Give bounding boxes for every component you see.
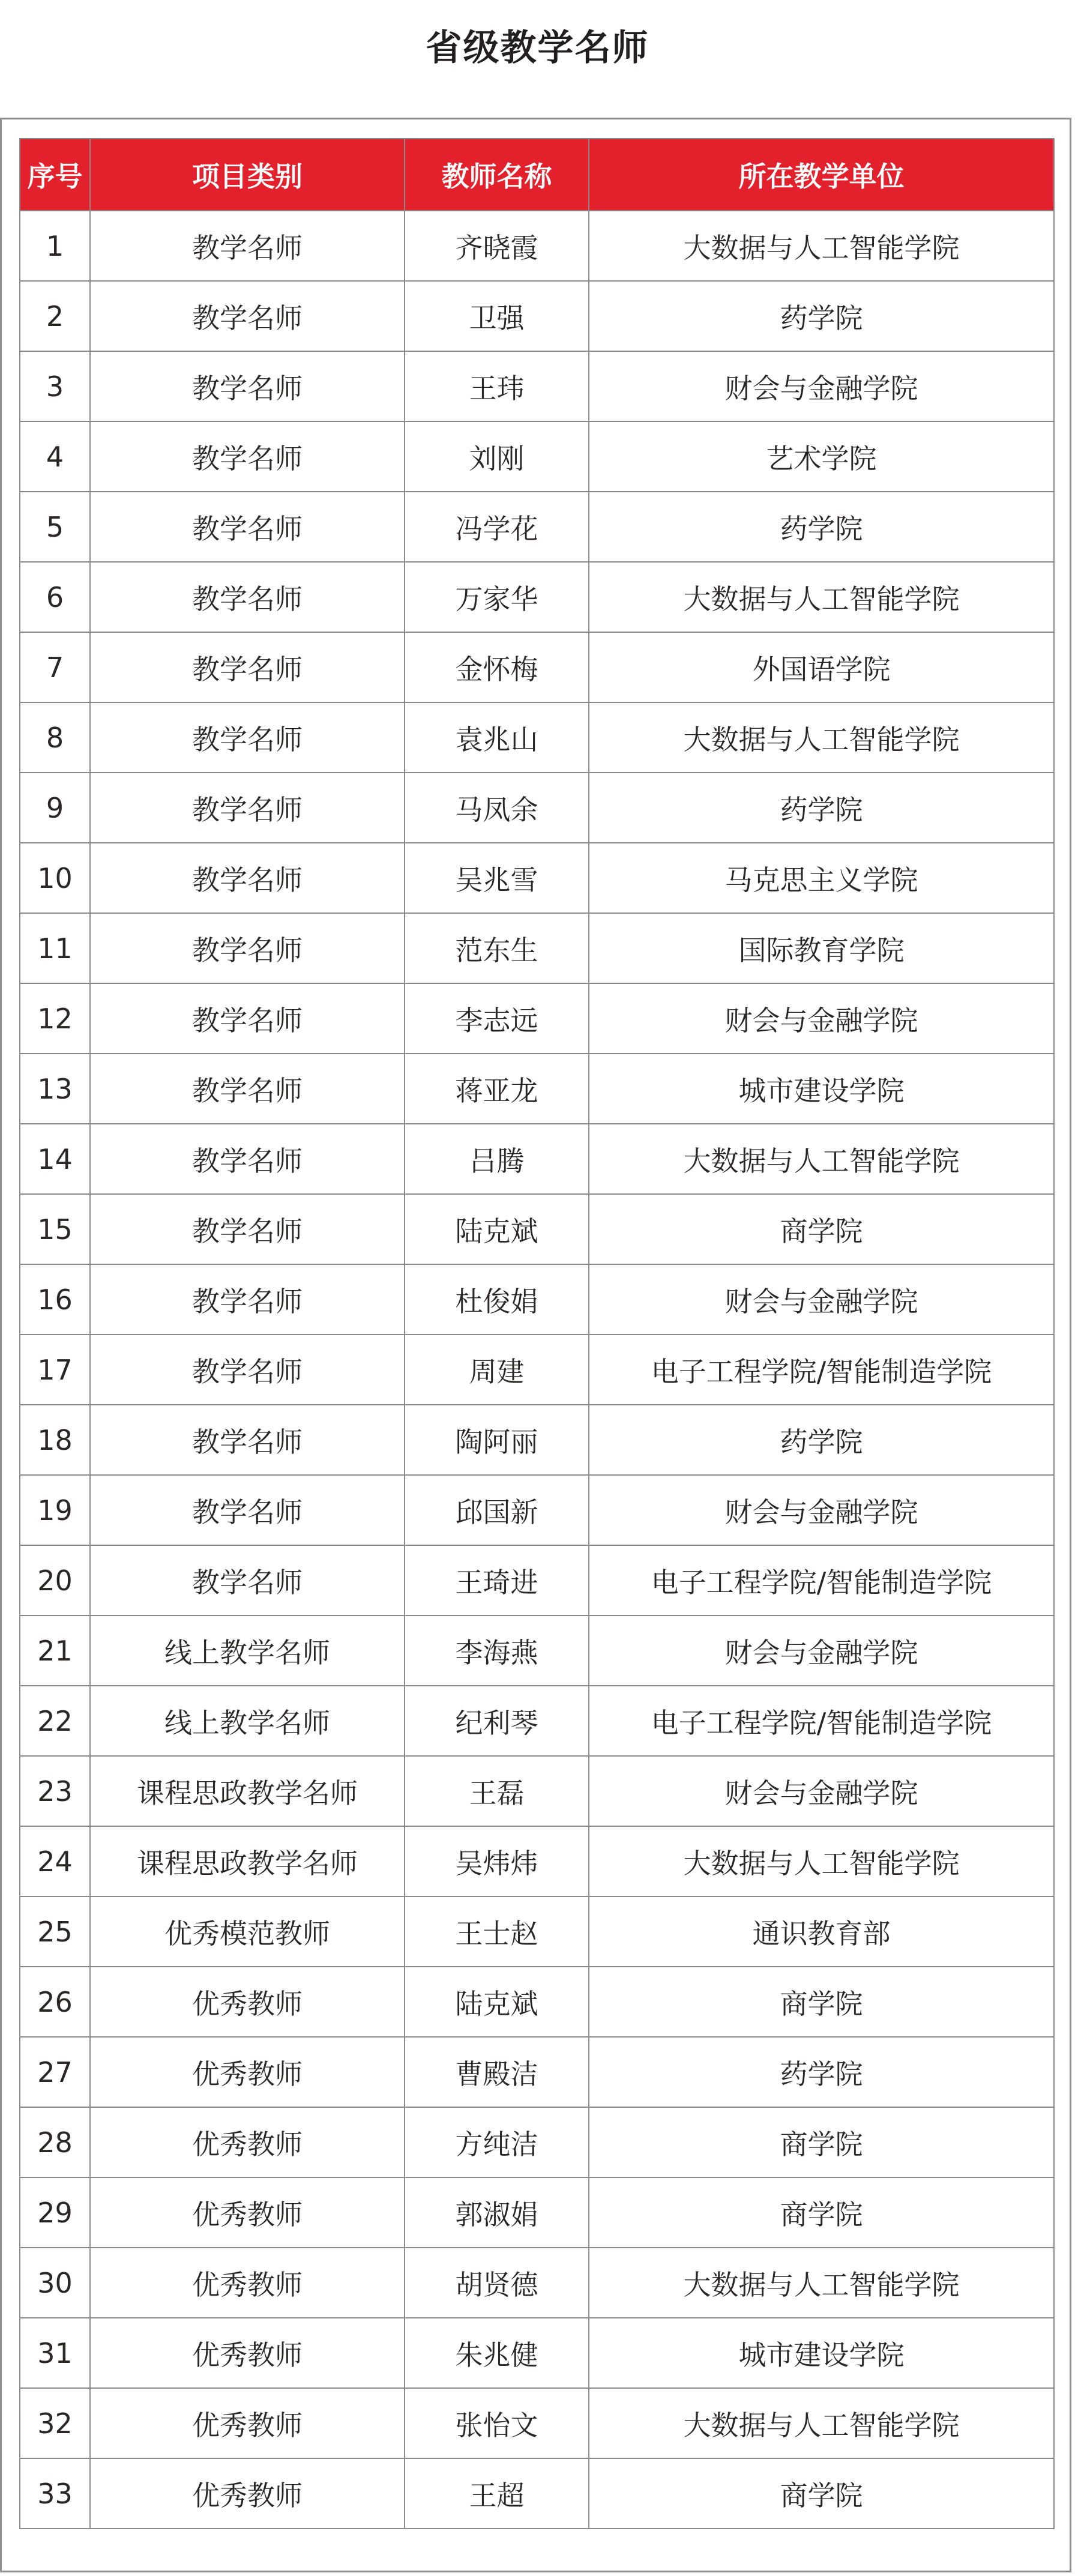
cell-unit: 大数据与人工智能学院 bbox=[589, 2388, 1054, 2458]
table-row: 22线上教学名师纪利琴电子工程学院/智能制造学院 bbox=[20, 1686, 1054, 1756]
cell-category: 教学名师 bbox=[90, 492, 405, 562]
cell-teacher-name: 曹殿洁 bbox=[405, 2037, 589, 2107]
table-row: 18教学名师陶阿丽药学院 bbox=[20, 1405, 1054, 1475]
table-row: 13教学名师蒋亚龙城市建设学院 bbox=[20, 1054, 1054, 1124]
cell-unit: 财会与金融学院 bbox=[589, 351, 1054, 421]
cell-category: 课程思政教学名师 bbox=[90, 1826, 405, 1896]
table-row: 19教学名师邱国新财会与金融学院 bbox=[20, 1475, 1054, 1545]
cell-unit: 财会与金融学院 bbox=[589, 1615, 1054, 1686]
cell-category: 教学名师 bbox=[90, 562, 405, 632]
cell-teacher-name: 李志远 bbox=[405, 983, 589, 1054]
cell-index: 25 bbox=[20, 1896, 90, 1967]
cell-category: 优秀教师 bbox=[90, 2458, 405, 2529]
cell-category: 优秀教师 bbox=[90, 2107, 405, 2177]
table-row: 8教学名师袁兆山大数据与人工智能学院 bbox=[20, 702, 1054, 773]
cell-teacher-name: 王磊 bbox=[405, 1756, 589, 1826]
table-row: 23课程思政教学名师王磊财会与金融学院 bbox=[20, 1756, 1054, 1826]
cell-category: 教学名师 bbox=[90, 843, 405, 913]
cell-teacher-name: 袁兆山 bbox=[405, 702, 589, 773]
cell-index: 13 bbox=[20, 1054, 90, 1124]
cell-index: 5 bbox=[20, 492, 90, 562]
table-row: 33优秀教师王超商学院 bbox=[20, 2458, 1054, 2529]
cell-category: 优秀教师 bbox=[90, 2037, 405, 2107]
table-row: 3教学名师王玮财会与金融学院 bbox=[20, 351, 1054, 421]
table-row: 1教学名师齐晓霞大数据与人工智能学院 bbox=[20, 211, 1054, 281]
cell-category: 教学名师 bbox=[90, 1405, 405, 1475]
table-row: 10教学名师吴兆雪马克思主义学院 bbox=[20, 843, 1054, 913]
cell-teacher-name: 方纯洁 bbox=[405, 2107, 589, 2177]
cell-unit: 大数据与人工智能学院 bbox=[589, 702, 1054, 773]
cell-category: 优秀教师 bbox=[90, 1967, 405, 2037]
cell-unit: 商学院 bbox=[589, 1967, 1054, 2037]
cell-teacher-name: 金怀梅 bbox=[405, 632, 589, 702]
cell-unit: 大数据与人工智能学院 bbox=[589, 1826, 1054, 1896]
cell-category: 教学名师 bbox=[90, 211, 405, 281]
cell-teacher-name: 陆克斌 bbox=[405, 1194, 589, 1264]
table-row: 2教学名师卫强药学院 bbox=[20, 281, 1054, 351]
cell-teacher-name: 冯学花 bbox=[405, 492, 589, 562]
cell-index: 6 bbox=[20, 562, 90, 632]
cell-index: 28 bbox=[20, 2107, 90, 2177]
cell-unit: 城市建设学院 bbox=[589, 1054, 1054, 1124]
header-row: 序号 项目类别 教师名称 所在教学单位 bbox=[20, 139, 1054, 211]
cell-teacher-name: 郭淑娟 bbox=[405, 2177, 589, 2248]
cell-unit: 财会与金融学院 bbox=[589, 1475, 1054, 1545]
cell-index: 29 bbox=[20, 2177, 90, 2248]
cell-unit: 大数据与人工智能学院 bbox=[589, 562, 1054, 632]
table-row: 5教学名师冯学花药学院 bbox=[20, 492, 1054, 562]
cell-category: 教学名师 bbox=[90, 351, 405, 421]
cell-category: 优秀教师 bbox=[90, 2248, 405, 2318]
cell-index: 31 bbox=[20, 2318, 90, 2388]
header-teacher-name: 教师名称 bbox=[405, 139, 589, 211]
table-row: 30优秀教师胡贤德大数据与人工智能学院 bbox=[20, 2248, 1054, 2318]
table-row: 26优秀教师陆克斌商学院 bbox=[20, 1967, 1054, 2037]
cell-unit: 药学院 bbox=[589, 492, 1054, 562]
cell-index: 8 bbox=[20, 702, 90, 773]
cell-category: 教学名师 bbox=[90, 421, 405, 492]
cell-index: 10 bbox=[20, 843, 90, 913]
cell-index: 19 bbox=[20, 1475, 90, 1545]
cell-index: 32 bbox=[20, 2388, 90, 2458]
cell-teacher-name: 吕腾 bbox=[405, 1124, 589, 1194]
cell-index: 23 bbox=[20, 1756, 90, 1826]
cell-category: 课程思政教学名师 bbox=[90, 1756, 405, 1826]
cell-unit: 大数据与人工智能学院 bbox=[589, 2248, 1054, 2318]
cell-unit: 药学院 bbox=[589, 2037, 1054, 2107]
cell-index: 1 bbox=[20, 211, 90, 281]
cell-teacher-name: 张怡文 bbox=[405, 2388, 589, 2458]
cell-teacher-name: 齐晓霞 bbox=[405, 211, 589, 281]
cell-unit: 财会与金融学院 bbox=[589, 1264, 1054, 1335]
cell-teacher-name: 卫强 bbox=[405, 281, 589, 351]
table-row: 20教学名师王琦进电子工程学院/智能制造学院 bbox=[20, 1545, 1054, 1615]
cell-index: 33 bbox=[20, 2458, 90, 2529]
cell-index: 4 bbox=[20, 421, 90, 492]
table-row: 28优秀教师方纯洁商学院 bbox=[20, 2107, 1054, 2177]
table-row: 12教学名师李志远财会与金融学院 bbox=[20, 983, 1054, 1054]
cell-category: 优秀模范教师 bbox=[90, 1896, 405, 1967]
cell-index: 20 bbox=[20, 1545, 90, 1615]
cell-unit: 通识教育部 bbox=[589, 1896, 1054, 1967]
cell-teacher-name: 纪利琴 bbox=[405, 1686, 589, 1756]
cell-category: 教学名师 bbox=[90, 913, 405, 983]
cell-unit: 电子工程学院/智能制造学院 bbox=[589, 1545, 1054, 1615]
cell-unit: 商学院 bbox=[589, 2458, 1054, 2529]
cell-teacher-name: 胡贤德 bbox=[405, 2248, 589, 2318]
cell-teacher-name: 刘刚 bbox=[405, 421, 589, 492]
cell-teacher-name: 王超 bbox=[405, 2458, 589, 2529]
table-row: 14教学名师吕腾大数据与人工智能学院 bbox=[20, 1124, 1054, 1194]
table-row: 25优秀模范教师王士赵通识教育部 bbox=[20, 1896, 1054, 1967]
header-category: 项目类别 bbox=[90, 139, 405, 211]
cell-teacher-name: 马凤余 bbox=[405, 773, 589, 843]
cell-unit: 财会与金融学院 bbox=[589, 983, 1054, 1054]
cell-index: 2 bbox=[20, 281, 90, 351]
cell-index: 21 bbox=[20, 1615, 90, 1686]
cell-index: 22 bbox=[20, 1686, 90, 1756]
table-row: 29优秀教师郭淑娟商学院 bbox=[20, 2177, 1054, 2248]
table-row: 24课程思政教学名师吴炜炜大数据与人工智能学院 bbox=[20, 1826, 1054, 1896]
cell-category: 线上教学名师 bbox=[90, 1615, 405, 1686]
table-row: 31优秀教师朱兆健城市建设学院 bbox=[20, 2318, 1054, 2388]
cell-category: 教学名师 bbox=[90, 1194, 405, 1264]
header-index: 序号 bbox=[20, 139, 90, 211]
table-row: 21线上教学名师李海燕财会与金融学院 bbox=[20, 1615, 1054, 1686]
cell-teacher-name: 吴兆雪 bbox=[405, 843, 589, 913]
cell-category: 教学名师 bbox=[90, 632, 405, 702]
cell-index: 15 bbox=[20, 1194, 90, 1264]
cell-category: 教学名师 bbox=[90, 773, 405, 843]
cell-unit: 城市建设学院 bbox=[589, 2318, 1054, 2388]
cell-unit: 艺术学院 bbox=[589, 421, 1054, 492]
cell-index: 3 bbox=[20, 351, 90, 421]
cell-unit: 国际教育学院 bbox=[589, 913, 1054, 983]
cell-teacher-name: 王玮 bbox=[405, 351, 589, 421]
cell-teacher-name: 陆克斌 bbox=[405, 1967, 589, 2037]
cell-index: 18 bbox=[20, 1405, 90, 1475]
cell-teacher-name: 万家华 bbox=[405, 562, 589, 632]
table-row: 16教学名师杜俊娟财会与金融学院 bbox=[20, 1264, 1054, 1335]
cell-category: 教学名师 bbox=[90, 1124, 405, 1194]
cell-teacher-name: 邱国新 bbox=[405, 1475, 589, 1545]
cell-unit: 药学院 bbox=[589, 281, 1054, 351]
cell-index: 14 bbox=[20, 1124, 90, 1194]
cell-index: 17 bbox=[20, 1335, 90, 1405]
cell-unit: 电子工程学院/智能制造学院 bbox=[589, 1686, 1054, 1756]
cell-category: 教学名师 bbox=[90, 1545, 405, 1615]
table-row: 27优秀教师曹殿洁药学院 bbox=[20, 2037, 1054, 2107]
cell-category: 教学名师 bbox=[90, 702, 405, 773]
cell-index: 9 bbox=[20, 773, 90, 843]
table-header: 序号 项目类别 教师名称 所在教学单位 bbox=[20, 139, 1054, 211]
table-row: 11教学名师范东生国际教育学院 bbox=[20, 913, 1054, 983]
cell-category: 优秀教师 bbox=[90, 2318, 405, 2388]
cell-unit: 大数据与人工智能学院 bbox=[589, 1124, 1054, 1194]
cell-index: 30 bbox=[20, 2248, 90, 2318]
table-body: 1教学名师齐晓霞大数据与人工智能学院2教学名师卫强药学院3教学名师王玮财会与金融… bbox=[20, 211, 1054, 2529]
cell-teacher-name: 吴炜炜 bbox=[405, 1826, 589, 1896]
cell-index: 27 bbox=[20, 2037, 90, 2107]
cell-unit: 电子工程学院/智能制造学院 bbox=[589, 1335, 1054, 1405]
cell-teacher-name: 王琦进 bbox=[405, 1545, 589, 1615]
cell-index: 11 bbox=[20, 913, 90, 983]
cell-unit: 商学院 bbox=[589, 1194, 1054, 1264]
cell-category: 教学名师 bbox=[90, 1475, 405, 1545]
cell-category: 线上教学名师 bbox=[90, 1686, 405, 1756]
cell-teacher-name: 杜俊娟 bbox=[405, 1264, 589, 1335]
table-row: 32优秀教师张怡文大数据与人工智能学院 bbox=[20, 2388, 1054, 2458]
table-row: 15教学名师陆克斌商学院 bbox=[20, 1194, 1054, 1264]
cell-teacher-name: 朱兆健 bbox=[405, 2318, 589, 2388]
cell-unit: 药学院 bbox=[589, 773, 1054, 843]
cell-index: 16 bbox=[20, 1264, 90, 1335]
cell-index: 12 bbox=[20, 983, 90, 1054]
cell-category: 教学名师 bbox=[90, 1264, 405, 1335]
page-title: 省级教学名师 bbox=[0, 18, 1075, 78]
cell-category: 教学名师 bbox=[90, 1054, 405, 1124]
cell-category: 优秀教师 bbox=[90, 2177, 405, 2248]
cell-unit: 大数据与人工智能学院 bbox=[589, 211, 1054, 281]
cell-category: 优秀教师 bbox=[90, 2388, 405, 2458]
table-row: 17教学名师周建电子工程学院/智能制造学院 bbox=[20, 1335, 1054, 1405]
cell-teacher-name: 周建 bbox=[405, 1335, 589, 1405]
teacher-table: 序号 项目类别 教师名称 所在教学单位 1教学名师齐晓霞大数据与人工智能学院2教… bbox=[19, 138, 1055, 2529]
cell-unit: 财会与金融学院 bbox=[589, 1756, 1054, 1826]
cell-index: 26 bbox=[20, 1967, 90, 2037]
cell-category: 教学名师 bbox=[90, 983, 405, 1054]
cell-unit: 马克思主义学院 bbox=[589, 843, 1054, 913]
cell-unit: 商学院 bbox=[589, 2107, 1054, 2177]
cell-teacher-name: 王士赵 bbox=[405, 1896, 589, 1967]
table-row: 6教学名师万家华大数据与人工智能学院 bbox=[20, 562, 1054, 632]
cell-teacher-name: 李海燕 bbox=[405, 1615, 589, 1686]
cell-teacher-name: 陶阿丽 bbox=[405, 1405, 589, 1475]
cell-index: 7 bbox=[20, 632, 90, 702]
table-row: 7教学名师金怀梅外国语学院 bbox=[20, 632, 1054, 702]
cell-index: 24 bbox=[20, 1826, 90, 1896]
table-row: 4教学名师刘刚艺术学院 bbox=[20, 421, 1054, 492]
cell-unit: 商学院 bbox=[589, 2177, 1054, 2248]
cell-teacher-name: 蒋亚龙 bbox=[405, 1054, 589, 1124]
cell-teacher-name: 范东生 bbox=[405, 913, 589, 983]
header-unit: 所在教学单位 bbox=[589, 139, 1054, 211]
table-row: 9教学名师马凤余药学院 bbox=[20, 773, 1054, 843]
cell-category: 教学名师 bbox=[90, 1335, 405, 1405]
cell-category: 教学名师 bbox=[90, 281, 405, 351]
cell-unit: 外国语学院 bbox=[589, 632, 1054, 702]
cell-unit: 药学院 bbox=[589, 1405, 1054, 1475]
